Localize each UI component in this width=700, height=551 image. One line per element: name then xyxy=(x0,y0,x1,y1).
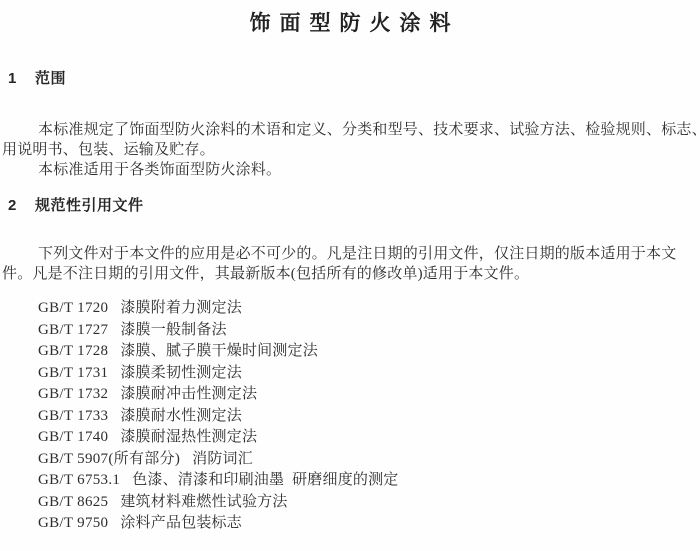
paragraph-line: 本标准规定了饰面型防火涂料的术语和定义、分类和型号、技术要求、试验方法、检验规则… xyxy=(2,120,700,140)
reference-code: GB/T 1727 xyxy=(38,322,108,338)
reference-item: GB/T 1731漆膜柔韧性测定法 xyxy=(38,363,700,385)
section-2-heading: 2规范性引用文件 xyxy=(0,198,700,214)
section-1-heading: 1范围 xyxy=(0,71,700,87)
reference-title: 漆膜附着力测定法 xyxy=(120,300,242,316)
paragraph-line: 用说明书、包装、运输及贮存。 xyxy=(2,140,700,160)
section-1-title: 范围 xyxy=(35,70,66,87)
reference-title: 建筑材料难燃性试验方法 xyxy=(120,494,287,510)
reference-item: GB/T 1732漆膜耐冲击性测定法 xyxy=(38,384,700,406)
reference-item: GB/T 9750涂料产品包装标志 xyxy=(38,513,700,535)
reference-code: GB/T 6753.1 xyxy=(38,472,120,488)
paragraph-line: 下列文件对于本文件的应用是必不可少的。凡是注日期的引用文件，仅注日期的版本适用于… xyxy=(2,244,700,264)
reference-title: 漆膜耐冲击性测定法 xyxy=(120,386,257,402)
reference-item: GB/T 1733漆膜耐水性测定法 xyxy=(38,406,700,428)
reference-code: GB/T 5907(所有部分) xyxy=(38,451,180,467)
section-1-body: 本标准规定了饰面型防火涂料的术语和定义、分类和型号、技术要求、试验方法、检验规则… xyxy=(0,120,700,180)
reference-code: GB/T 8625 xyxy=(38,494,108,510)
reference-title: 漆膜、腻子膜干燥时间测定法 xyxy=(120,343,318,359)
reference-code: GB/T 1733 xyxy=(38,408,108,424)
reference-list: GB/T 1720漆膜附着力测定法 GB/T 1727漆膜一般制备法 GB/T … xyxy=(0,298,700,535)
reference-code: GB/T 9750 xyxy=(38,515,108,531)
paragraph-line: 件。凡是不注日期的引用文件，其最新版本(包括所有的修改单)适用于本文件。 xyxy=(2,264,700,284)
reference-code: GB/T 1728 xyxy=(38,343,108,359)
reference-title: 漆膜一般制备法 xyxy=(120,322,226,338)
reference-item: GB/T 1740漆膜耐湿热性测定法 xyxy=(38,427,700,449)
paragraph-line: 本标准适用于各类饰面型防火涂料。 xyxy=(2,160,700,180)
reference-item: GB/T 8625建筑材料难燃性试验方法 xyxy=(38,492,700,514)
reference-code: GB/T 1731 xyxy=(38,365,108,381)
reference-item: GB/T 5907(所有部分)消防词汇 xyxy=(38,449,700,471)
reference-item: GB/T 1727漆膜一般制备法 xyxy=(38,320,700,342)
reference-code: GB/T 1732 xyxy=(38,386,108,402)
reference-code: GB/T 1740 xyxy=(38,429,108,445)
reference-item: GB/T 1720漆膜附着力测定法 xyxy=(38,298,700,320)
reference-title: 色漆、清漆和印刷油墨 研磨细度的测定 xyxy=(132,472,398,488)
document-title: 饰面型防火涂料 xyxy=(0,0,700,36)
section-1-number: 1 xyxy=(8,71,35,87)
reference-item: GB/T 1728漆膜、腻子膜干燥时间测定法 xyxy=(38,341,700,363)
section-2-number: 2 xyxy=(8,198,35,214)
reference-title: 漆膜柔韧性测定法 xyxy=(120,365,242,381)
reference-code: GB/T 1720 xyxy=(38,300,108,316)
document-page: 饰面型防火涂料 1范围 本标准规定了饰面型防火涂料的术语和定义、分类和型号、技术… xyxy=(0,0,700,551)
reference-title: 消防词汇 xyxy=(192,451,253,467)
section-2-title: 规范性引用文件 xyxy=(35,197,144,214)
reference-title: 涂料产品包装标志 xyxy=(120,515,242,531)
reference-title: 漆膜耐水性测定法 xyxy=(120,408,242,424)
section-2-body: 下列文件对于本文件的应用是必不可少的。凡是注日期的引用文件，仅注日期的版本适用于… xyxy=(0,244,700,284)
reference-title: 漆膜耐湿热性测定法 xyxy=(120,429,257,445)
reference-item: GB/T 6753.1色漆、清漆和印刷油墨 研磨细度的测定 xyxy=(38,470,700,492)
